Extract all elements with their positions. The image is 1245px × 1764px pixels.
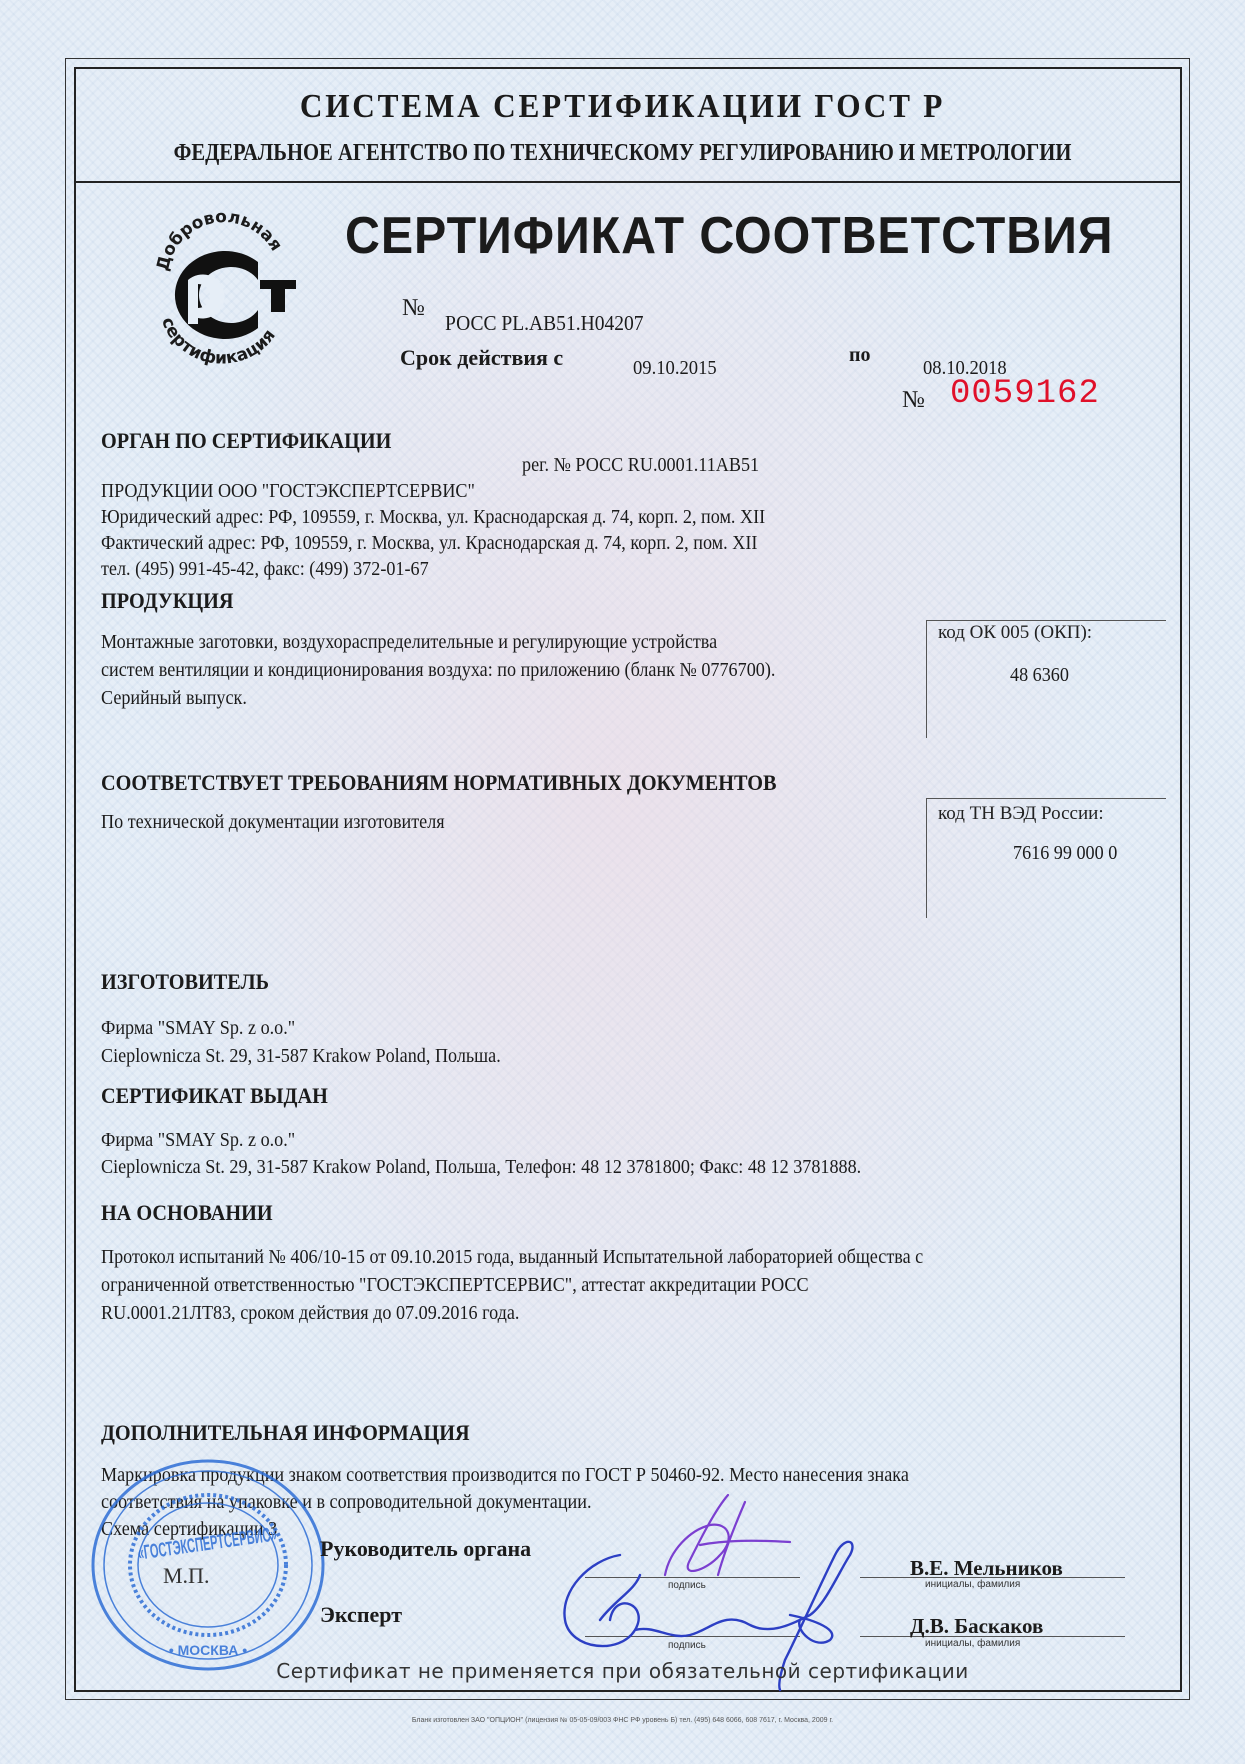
head-label: Руководитель органа: [320, 1536, 531, 1562]
products-line: Монтажные заготовки, воздухораспределите…: [101, 632, 717, 654]
legal-address: Юридический адрес: РФ, 109559, г. Москва…: [101, 507, 765, 529]
tnved-value: 7616 99 000 0: [1013, 843, 1117, 865]
manufacturer-address: Cieplownicza St. 29, 31-587 Krakow Polan…: [101, 1046, 501, 1068]
products-line: Серийный выпуск.: [101, 688, 247, 710]
issued-to-address: Cieplownicza St. 29, 31-587 Krakow Polan…: [101, 1157, 861, 1179]
products-heading: ПРОДУКЦИЯ: [101, 588, 234, 614]
svg-text:• МОСКВА •: • МОСКВА •: [169, 1642, 247, 1658]
valid-from: 09.10.2015: [633, 357, 717, 380]
issued-to-name: Фирма "SMAY Sp. z o.o.": [101, 1130, 295, 1152]
basis-line: RU.0001.21ЛТ83, сроком действия до 07.09…: [101, 1303, 519, 1325]
printer-note: Бланк изготовлен ЗАО "ОПЦИОН" (лицензия …: [0, 1717, 1245, 1724]
head-name-caption: инициалы, фамилия: [925, 1579, 1020, 1590]
certification-body-heading: ОРГАН ПО СЕРТИФИКАЦИИ: [101, 428, 391, 454]
basis-line: Протокол испытаний № 406/10-15 от 09.10.…: [101, 1247, 923, 1269]
okp-label: код ОК 005 (ОКП):: [938, 622, 1092, 644]
manufacturer-name: Фирма "SMAY Sp. z o.o.": [101, 1018, 295, 1040]
organization-stamp: «ГОСТЭКСПЕРТСЕРВИС» • МОСКВА •: [88, 1455, 333, 1675]
agency-title: ФЕДЕРАЛЬНОЕ АГЕНТСТВО ПО ТЕХНИЧЕСКОМУ РЕ…: [87, 140, 1158, 167]
to-label: по: [849, 344, 871, 367]
rst-mark-icon: Добровольная сертификация: [140, 200, 300, 370]
rst-logo: Добровольная сертификация: [140, 200, 300, 370]
basis-heading: НА ОСНОВАНИИ: [101, 1200, 273, 1226]
expert-label: Эксперт: [320, 1602, 402, 1628]
manufacturer-heading: ИЗГОТОВИТЕЛЬ: [101, 969, 269, 995]
certificate-number: РОСС PL.AB51.H04207: [445, 311, 644, 336]
expert-name: Д.В. Баскаков: [910, 1614, 1043, 1639]
stamp-seal-icon: «ГОСТЭКСПЕРТСЕРВИС» • МОСКВА •: [88, 1455, 333, 1675]
validity-label: Срок действия с: [400, 345, 563, 371]
tnved-label: код ТН ВЭД России:: [938, 803, 1104, 825]
reg-number: рег. № РОСС RU.0001.11АВ51: [522, 455, 759, 477]
additional-info-heading: ДОПОЛНИТЕЛЬНАЯ ИНФОРМАЦИЯ: [101, 1420, 470, 1446]
issued-to-heading: СЕРТИФИКАТ ВЫДАН: [101, 1083, 328, 1109]
contact-phone: тел. (495) 991-45-42, факс: (499) 372-01…: [101, 559, 429, 581]
stamp-place-label: М.П.: [163, 1563, 209, 1589]
conformity-heading: СООТВЕТСТВУЕТ ТРЕБОВАНИЯМ НОРМАТИВНЫХ ДО…: [101, 770, 777, 796]
blank-number-sign: №: [902, 387, 925, 414]
head-name: В.Е. Мельников: [910, 1556, 1063, 1581]
blank-number: 0059162: [950, 375, 1100, 413]
certificate-title: СЕРТИФИКАТ СООТВЕТСТВИЯ: [345, 206, 1113, 266]
products-line: систем вентиляции и кондиционирования во…: [101, 660, 775, 682]
conformity-text: По технической документации изготовителя: [101, 812, 445, 834]
actual-address: Фактический адрес: РФ, 109559, г. Москва…: [101, 533, 757, 555]
okp-value: 48 6360: [1010, 665, 1069, 687]
voluntary-note: Сертификат не применяется при обязательн…: [0, 1659, 1245, 1683]
basis-line: ограниченной ответственностью "ГОСТЭКСПЕ…: [101, 1275, 809, 1297]
svg-text:«ГОСТЭКСПЕРТСЕРВИС»: «ГОСТЭКСПЕРТСЕРВИС»: [136, 1523, 278, 1564]
header-divider: [75, 181, 1181, 183]
expert-name-caption: инициалы, фамилия: [925, 1638, 1020, 1649]
certification-body-name: ПРОДУКЦИИ ООО "ГОСТЭКСПЕРТСЕРВИС": [101, 481, 475, 503]
system-title: СИСТЕМА СЕРТИФИКАЦИИ ГОСТ Р: [50, 88, 1195, 126]
number-sign: №: [402, 295, 425, 322]
